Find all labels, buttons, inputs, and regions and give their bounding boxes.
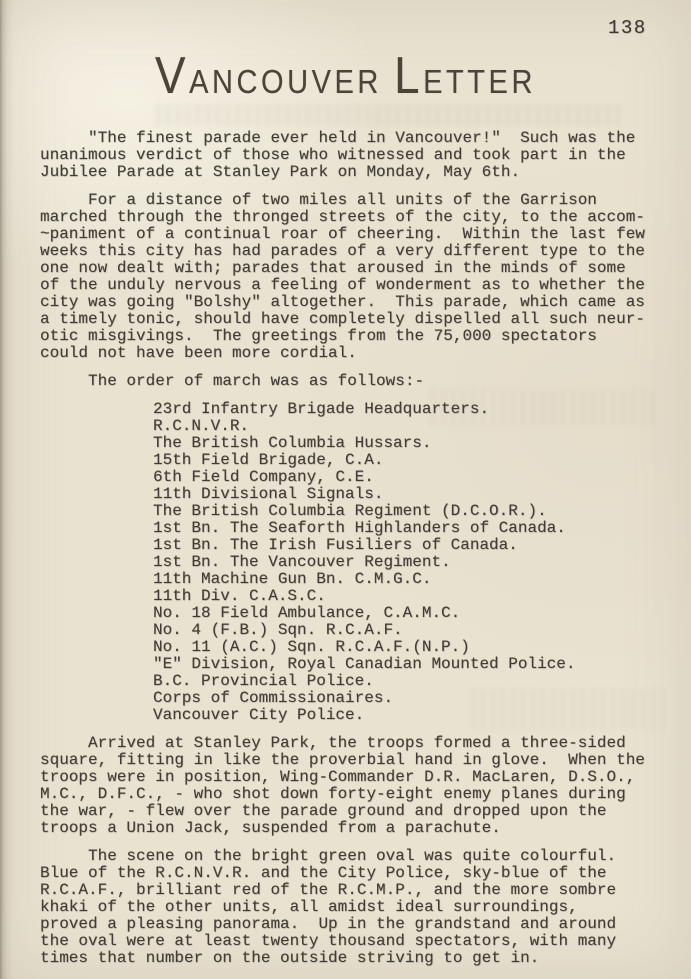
march-order-item: No. 11 (A.C.) Sqn. R.C.A.F.(N.P.) — [153, 639, 645, 656]
march-order-heading: The order of march was as follows:- — [40, 373, 645, 390]
title-word1-initial: V — [155, 47, 189, 105]
paragraph-garrison-march: For a distance of two miles all units of… — [40, 192, 645, 362]
march-order-item: The British Columbia Hussars. — [153, 435, 645, 452]
title-word2-initial: L — [394, 47, 423, 105]
march-order-item: B.C. Provincial Police. — [153, 673, 645, 690]
scanned-letter-page: 138 VANCOUVERLETTER "The finest parade e… — [0, 0, 691, 979]
march-order-item: 23rd Infantry Brigade Headquarters. — [153, 401, 645, 418]
page-title: VANCOUVERLETTER — [41, 50, 649, 108]
march-order-item: 15th Field Brigade, C.A. — [153, 452, 645, 469]
page-number: 138 — [608, 17, 647, 39]
march-order-item: 11th Machine Gun Bn. C.M.G.C. — [153, 571, 645, 588]
march-order-item: R.C.N.V.R. — [153, 418, 645, 435]
letter-body: "The finest parade ever held in Vancouve… — [0, 130, 691, 967]
title-word2-rest: ETTER — [423, 63, 536, 100]
march-order-list: 23rd Infantry Brigade Headquarters.R.C.N… — [40, 401, 645, 724]
march-order-item: 11th Div. C.A.S.C. — [153, 588, 645, 605]
paragraph-finest-parade: "The finest parade ever held in Vancouve… — [40, 130, 645, 181]
march-order-item: Corps of Commissionaires. — [153, 690, 645, 707]
march-order-item: Vancouver City Police. — [153, 707, 645, 724]
paragraph-stanley-park-arrival: Arrived at Stanley Park, the troops form… — [40, 735, 645, 837]
march-order-item: 1st Bn. The Irish Fusiliers of Canada. — [153, 537, 645, 554]
march-order-item: "E" Division, Royal Canadian Mounted Pol… — [153, 656, 645, 673]
march-order-item: The British Columbia Regiment (D.C.O.R.)… — [153, 503, 645, 520]
march-order-item: 11th Divisional Signals. — [153, 486, 645, 503]
paragraph-colourful-scene: The scene on the bright green oval was q… — [40, 848, 645, 967]
march-order-item: 6th Field Company, C.E. — [153, 469, 645, 486]
title-word1-rest: ANCOUVER — [189, 63, 382, 100]
march-order-item: No. 4 (F.B.) Sqn. R.C.A.F. — [153, 622, 645, 639]
march-order-item: 1st Bn. The Vancouver Regiment. — [153, 554, 645, 571]
march-order-item: 1st Bn. The Seaforth Highlanders of Cana… — [153, 520, 645, 537]
march-order-item: No. 18 Field Ambulance, C.A.M.C. — [153, 605, 645, 622]
